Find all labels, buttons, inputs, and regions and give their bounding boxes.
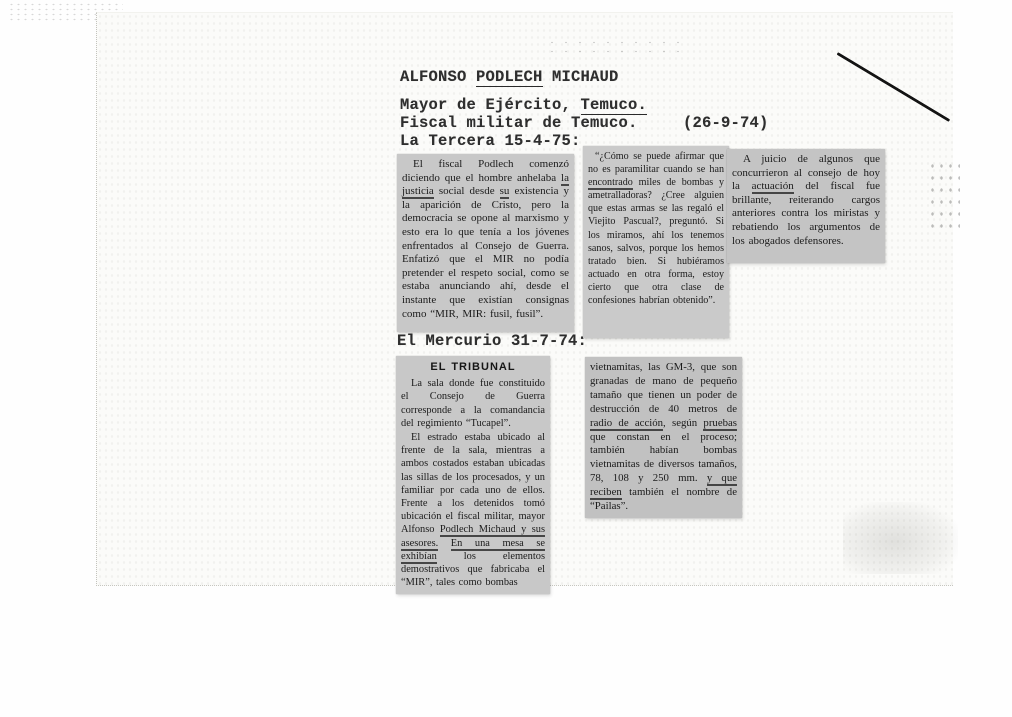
clipping-paragraph: vietnamitas, las GM-3, que son granadas … (590, 361, 737, 514)
pen-underline: pruebas (703, 417, 737, 431)
clipping-paragraph: El estrado estaba ubicado al frente de l… (401, 431, 545, 589)
pen-underline: PODLECH (476, 68, 543, 87)
clipping-paragraph: “¿Cómo se puede afirmar que no es parami… (588, 150, 724, 307)
scanned-archive-page: ALFONSO PODLECH MICHAUD Mayor de Ejércit… (0, 0, 1012, 717)
clipping-la-tercera-col3: A juicio de algunos que concurrieron al … (727, 149, 885, 263)
clipping-headline: EL TRIBUNAL (401, 361, 545, 374)
clipping-paragraph: A juicio de algunos que concurrieron al … (732, 153, 880, 248)
subject-rank-line: Mayor de Ejército, Temuco. (400, 96, 647, 114)
clipping-paragraph: La sala donde fue constituido el Consejo… (401, 377, 545, 430)
scan-smudge-bottom-right (843, 502, 958, 574)
pen-underline: radio de acción (590, 417, 663, 431)
source-heading-el-mercurio: El Mercurio 31-7-74: (397, 332, 587, 350)
clipping-el-mercurio-left: EL TRIBUNAL La sala donde fue constituid… (396, 356, 550, 594)
pen-underline: Temuco. (581, 96, 648, 115)
clipping-la-tercera-col1: El fiscal Podlech comenzó diciendo que e… (397, 154, 574, 332)
pen-underline: su (500, 185, 510, 199)
source-heading-la-tercera: La Tercera 15-4-75: (400, 132, 581, 150)
scan-dust-top (545, 38, 685, 56)
clipping-la-tercera-col2: “¿Cómo se puede afirmar que no es parami… (583, 146, 729, 338)
date-note: (26-9-74) (683, 114, 769, 132)
clipping-el-mercurio-right: vietnamitas, las GM-3, que son granadas … (585, 357, 742, 518)
clipping-paragraph: El fiscal Podlech comenzó diciendo que e… (402, 158, 569, 321)
subject-position-line: Fiscal militar de Temuco. (400, 114, 638, 132)
pen-underline: encontrado (588, 177, 633, 190)
ink-speckles-right (928, 160, 960, 235)
pen-underline: actuación (752, 180, 794, 194)
subject-name: ALFONSO PODLECH MICHAUD (400, 68, 619, 86)
